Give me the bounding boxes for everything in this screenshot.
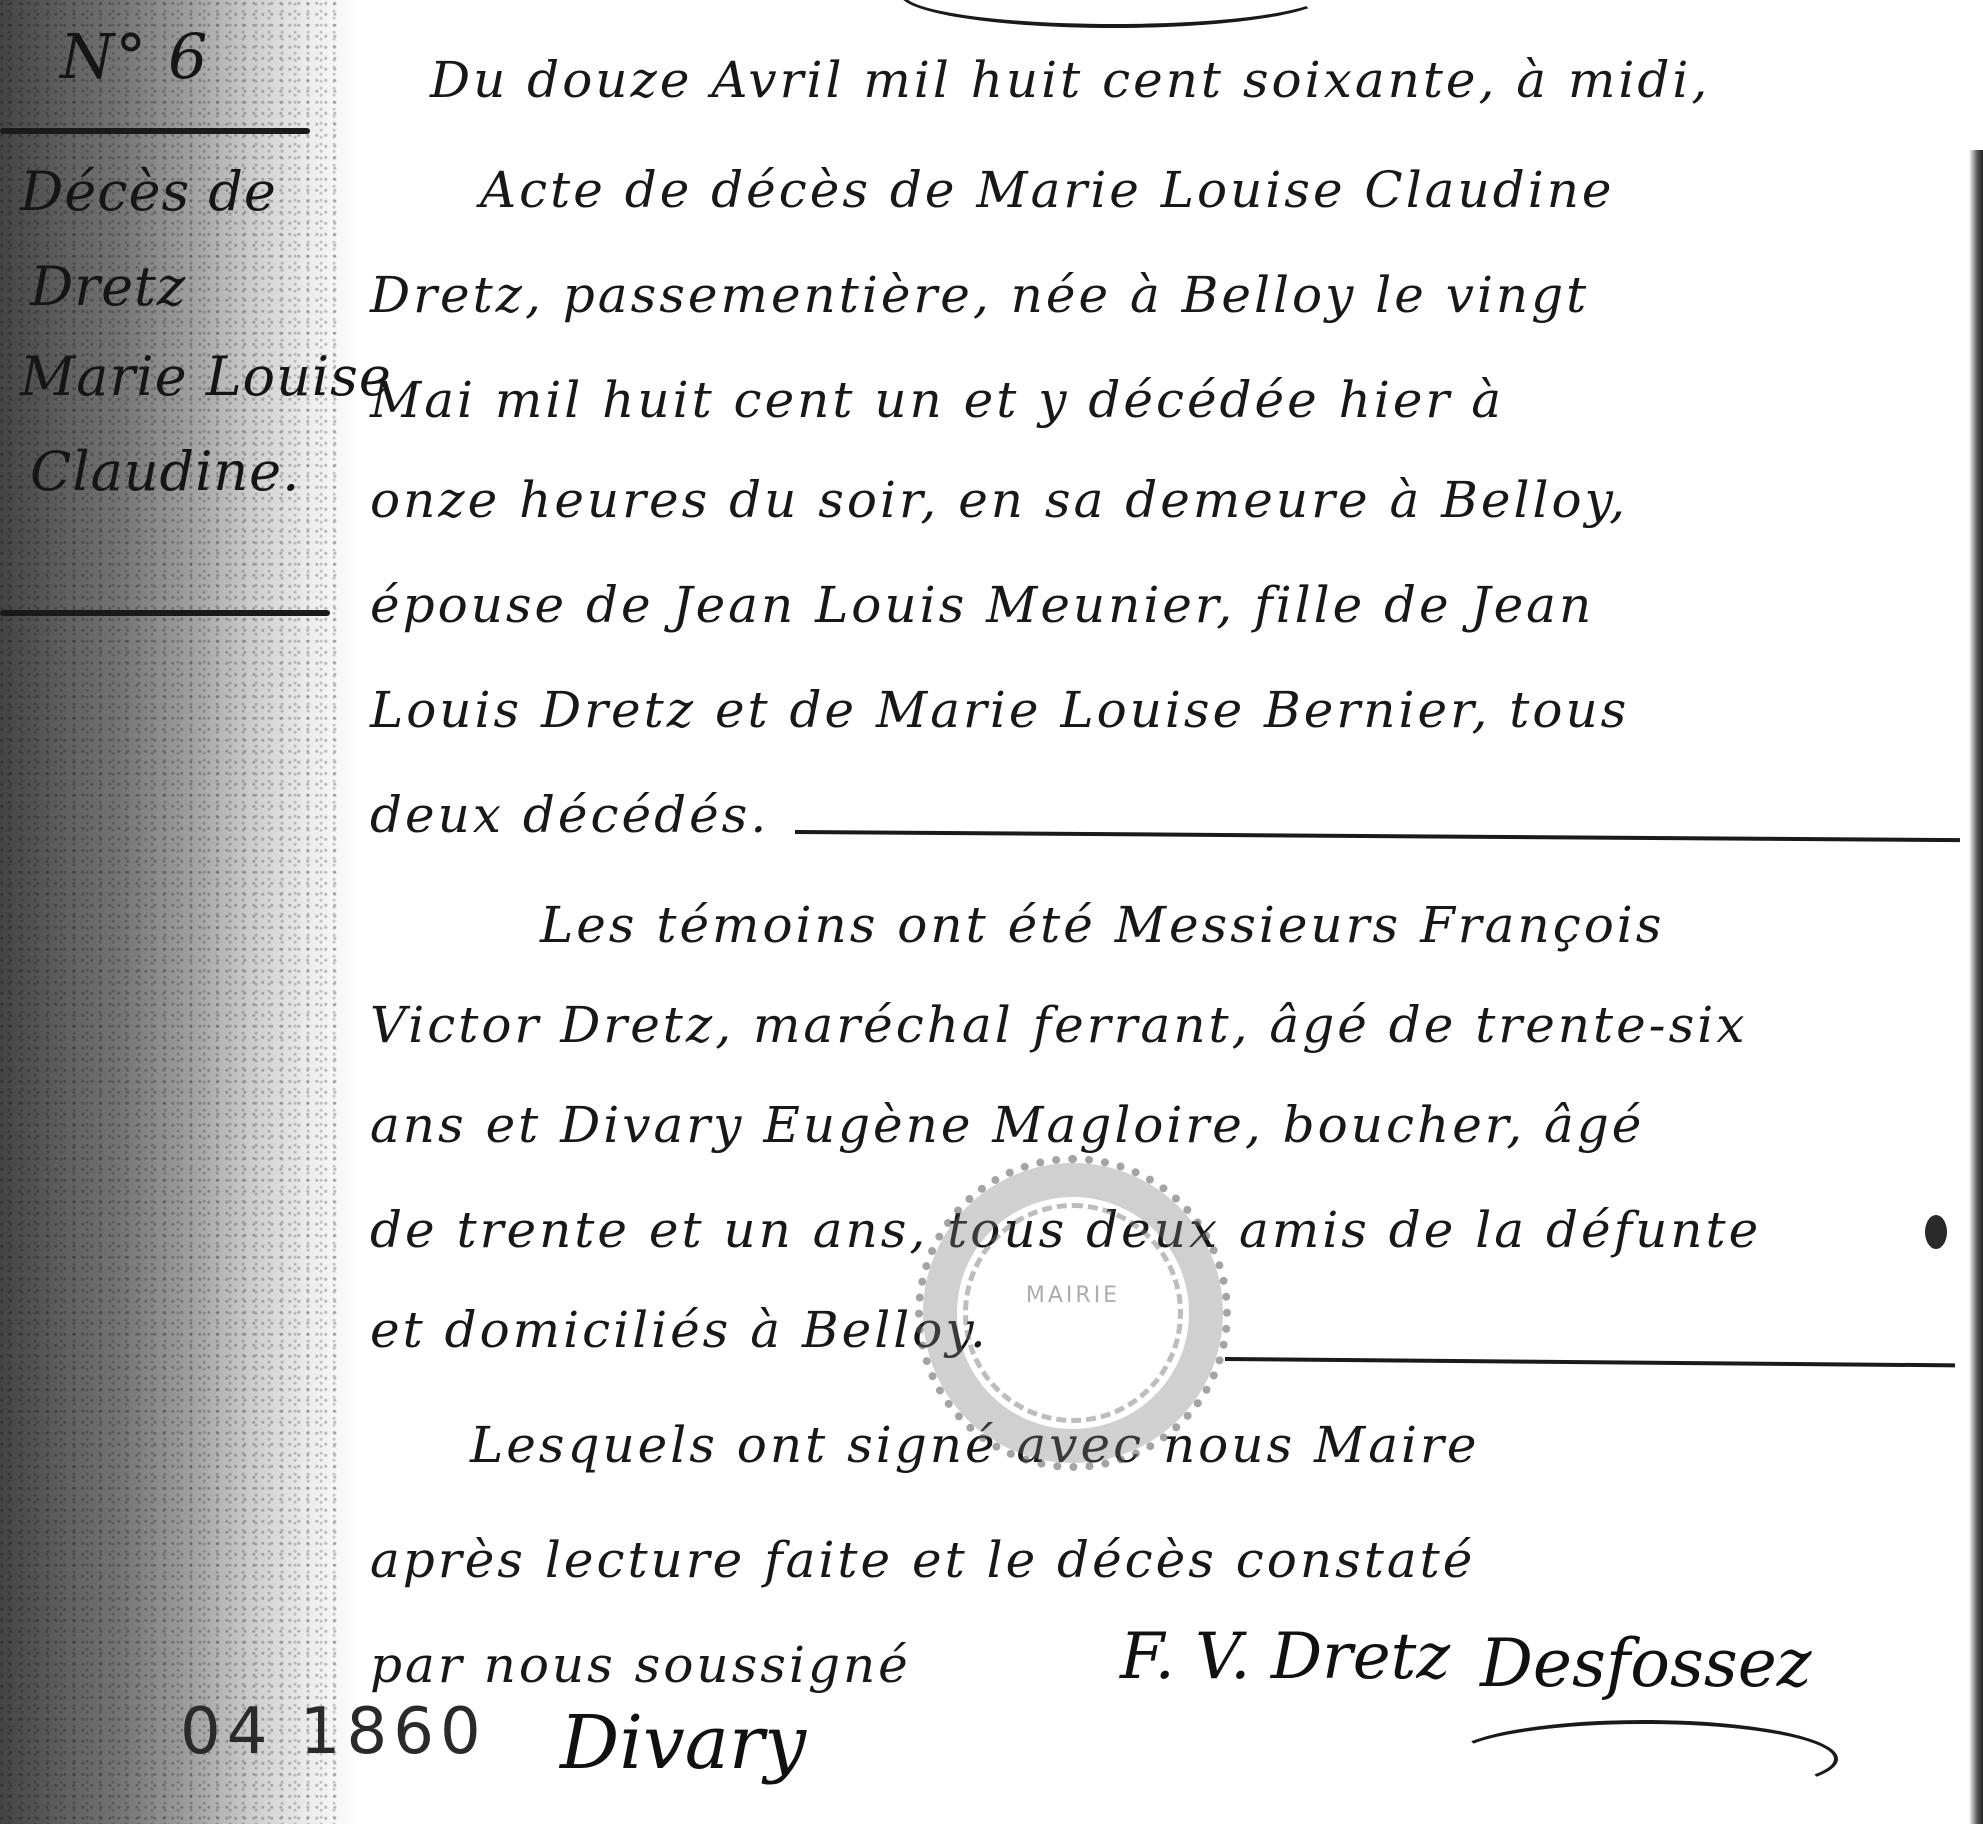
margin-line-4: Claudine. <box>30 440 300 503</box>
margin-rule <box>0 610 330 616</box>
body-line: Acte de décès de Marie Louise Claudine <box>480 165 1614 215</box>
record-number: N° 6 <box>60 20 208 93</box>
body-line: après lecture faite et le décès constaté <box>370 1535 1475 1585</box>
body-line: Dretz, passementière, née à Belloy le vi… <box>370 270 1589 320</box>
margin-line-1: Décès de <box>20 160 277 223</box>
signature-witness-1: F. V. Dretz <box>1120 1620 1450 1694</box>
seal-inner-ring <box>963 1203 1183 1423</box>
body-line: onze heures du soir, en sa demeure à Bel… <box>370 475 1628 525</box>
margin-rule <box>0 128 310 134</box>
body-line: Les témoins ont été Messieurs François <box>540 900 1664 950</box>
closing-rule <box>795 830 1960 842</box>
municipal-seal: MAIRIE <box>915 1155 1231 1471</box>
body-line: épouse de Jean Louis Meunier, fille de J… <box>370 580 1594 630</box>
margin-line-2: Dretz <box>30 255 186 318</box>
seal-text: MAIRIE <box>923 1283 1223 1308</box>
body-line: Louis Dretz et de Marie Louise Bernier, … <box>370 685 1629 735</box>
archive-stamp-number: 04 1860 <box>180 1695 487 1769</box>
document-page: N° 6 Décès de Dretz Marie Louise Claudin… <box>0 0 1983 1824</box>
body-line: Mai mil huit cent un et y décédée hier à <box>370 375 1504 425</box>
signature-witness-2: Divary <box>560 1700 806 1786</box>
record-body: Du douze Avril mil huit cent soixante, à… <box>370 0 1960 1824</box>
body-line: par nous soussigné <box>370 1640 911 1690</box>
ink-blot <box>1925 1215 1947 1249</box>
body-line: Victor Dretz, maréchal ferrant, âgé de t… <box>370 1000 1747 1050</box>
body-line: Du douze Avril mil huit cent soixante, à… <box>430 55 1710 105</box>
body-line: ans et Divary Eugène Magloire, boucher, … <box>370 1100 1644 1150</box>
body-line: deux décédés. <box>370 790 769 840</box>
signature-mayor: Desfossez <box>1480 1625 1812 1702</box>
margin-line-3: Marie Louise <box>20 345 392 408</box>
margin-annotation: N° 6 Décès de Dretz Marie Louise Claudin… <box>0 0 340 700</box>
closing-rule <box>1225 1357 1955 1367</box>
body-line: et domiciliés à Belloy. <box>370 1305 989 1355</box>
page-right-edge <box>1969 150 1983 1824</box>
signature-flourish <box>1450 1720 1838 1798</box>
